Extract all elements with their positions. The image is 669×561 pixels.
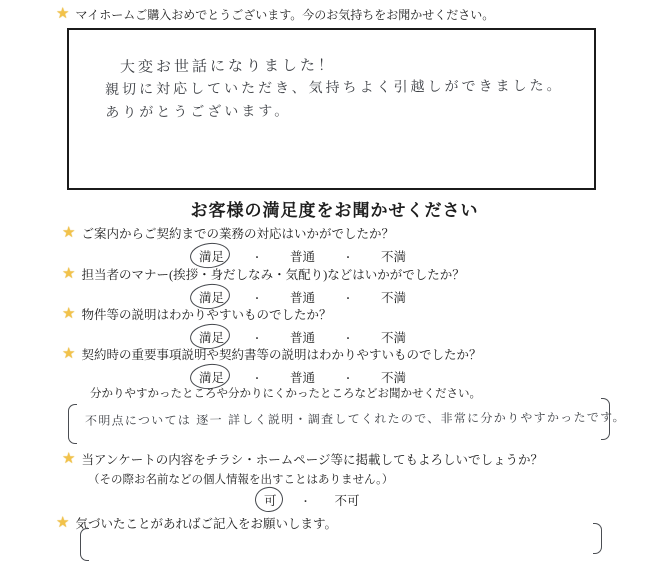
option-satisfied: 満足	[197, 288, 226, 306]
option-separator: ・	[252, 249, 262, 264]
close-bracket	[601, 398, 610, 440]
option-row: 満足 ・ 普通 ・ 不満	[197, 368, 481, 386]
section-title: お客様の満足度をお聞かせください	[0, 196, 669, 221]
star-bullet-icon: ★	[62, 267, 75, 282]
option-separator: ・	[252, 330, 262, 345]
option-not-allowed: 不可	[333, 491, 362, 509]
question-label: 物件等の説明はわかりやすいものでしたか？	[81, 305, 331, 323]
question-label: 担当者のマナー(挨拶・身だしなみ・気配り)などはいかがでしたか？	[81, 265, 464, 283]
handwritten-comment: 大変お世話になりました！ 親切に対応していただき、気持ちよく引越しができました。…	[69, 28, 595, 126]
option-separator: ・	[252, 290, 262, 305]
option-normal: 普通	[288, 288, 317, 306]
option-normal: 普通	[288, 368, 317, 386]
question-staff-manner: ★ 担当者のマナー(挨拶・身だしなみ・気配り)などはいかがでしたか？ 満足 ・ …	[62, 265, 465, 306]
option-separator: ・	[343, 249, 353, 264]
comment-box: 大変お世話になりました！ 親切に対応していただき、気持ちよく引越しができました。…	[67, 28, 596, 190]
privacy-note: （その際お名前などの個人情報を出すことはありません。）	[88, 471, 543, 487]
option-dissatisfied: 不満	[379, 328, 408, 346]
survey-scan-page: ★ マイホームご購入おめでとうございます。今のお気持ちをお聞かせください。 大変…	[0, 0, 669, 561]
option-separator: ・	[252, 370, 262, 385]
option-satisfied: 満足	[197, 247, 226, 265]
handwritten-feedback: 不明点については 逐一 詳しく説明・調査してくれたので、非常に分かりやすかったで…	[85, 408, 626, 429]
question-property-explanation: ★ 物件等の説明はわかりやすいものでしたか？ 満足 ・ 普通 ・ 不満	[62, 305, 408, 346]
option-separator: ・	[343, 330, 353, 345]
open-bracket	[80, 528, 89, 561]
option-dissatisfied: 不満	[379, 288, 408, 306]
star-bullet-icon: ★	[62, 452, 75, 467]
option-separator: ・	[301, 493, 311, 508]
option-separator: ・	[343, 370, 353, 385]
question-label: ご案内からご契約までの業務の対応はいかがでしたか？	[81, 224, 394, 242]
close-bracket	[593, 523, 602, 554]
star-bullet-icon: ★	[56, 516, 69, 531]
option-row: 満足 ・ 普通 ・ 不満	[197, 288, 465, 306]
option-row: 満足 ・ 普通 ・ 不満	[197, 328, 408, 346]
question-label: 当アンケートの内容をチラシ・ホームページ等に掲載してもよろしいでしょうか？	[81, 450, 543, 468]
option-dissatisfied: 不満	[379, 247, 408, 265]
handwriting-line: 親切に対応していただき、気持ちよく引越しができました。	[105, 75, 594, 102]
star-bullet-icon: ★	[62, 226, 75, 241]
question-label: 契約時の重要事項説明や契約書等の説明はわかりやすいものでしたか？	[81, 345, 481, 363]
star-bullet-icon: ★	[62, 347, 75, 362]
feedback-answer: 不明点については 逐一 詳しく説明・調査してくれたので、非常に分かりやすかったで…	[68, 398, 610, 444]
option-row: 可 ・ 不可	[262, 491, 543, 509]
question-service-response: ★ ご案内からご契約までの業務の対応はいかがでしたか？ 満足 ・ 普通 ・ 不満	[62, 224, 408, 265]
option-dissatisfied: 不満	[379, 368, 408, 386]
option-normal: 普通	[288, 328, 317, 346]
option-normal: 普通	[288, 247, 317, 265]
option-allowed: 可	[262, 491, 279, 509]
handwriting-line: ありがとうございます。	[105, 98, 594, 125]
open-bracket	[68, 404, 77, 444]
question-contract-explanation: ★ 契約時の重要事項説明や契約書等の説明はわかりやすいものでしたか？ 満足 ・ …	[62, 345, 481, 386]
option-satisfied: 満足	[197, 368, 226, 386]
intro-label: マイホームご購入おめでとうございます。今のお気持ちをお聞かせください。	[75, 6, 494, 23]
star-bullet-icon: ★	[62, 307, 75, 322]
intro-line: ★ マイホームご購入おめでとうございます。今のお気持ちをお聞かせください。	[56, 6, 494, 23]
question-final-comment: ★ 気づいたことがあればご記入をお願いします。	[56, 514, 337, 532]
option-row: 満足 ・ 普通 ・ 不満	[197, 247, 408, 265]
question-label: 気づいたことがあればご記入をお願いします。	[75, 514, 337, 532]
option-satisfied: 満足	[197, 328, 226, 346]
star-bullet-icon: ★	[56, 7, 69, 22]
option-separator: ・	[343, 290, 353, 305]
question-publish-permission: ★ 当アンケートの内容をチラシ・ホームページ等に掲載してもよろしいでしょうか？ …	[62, 450, 543, 509]
